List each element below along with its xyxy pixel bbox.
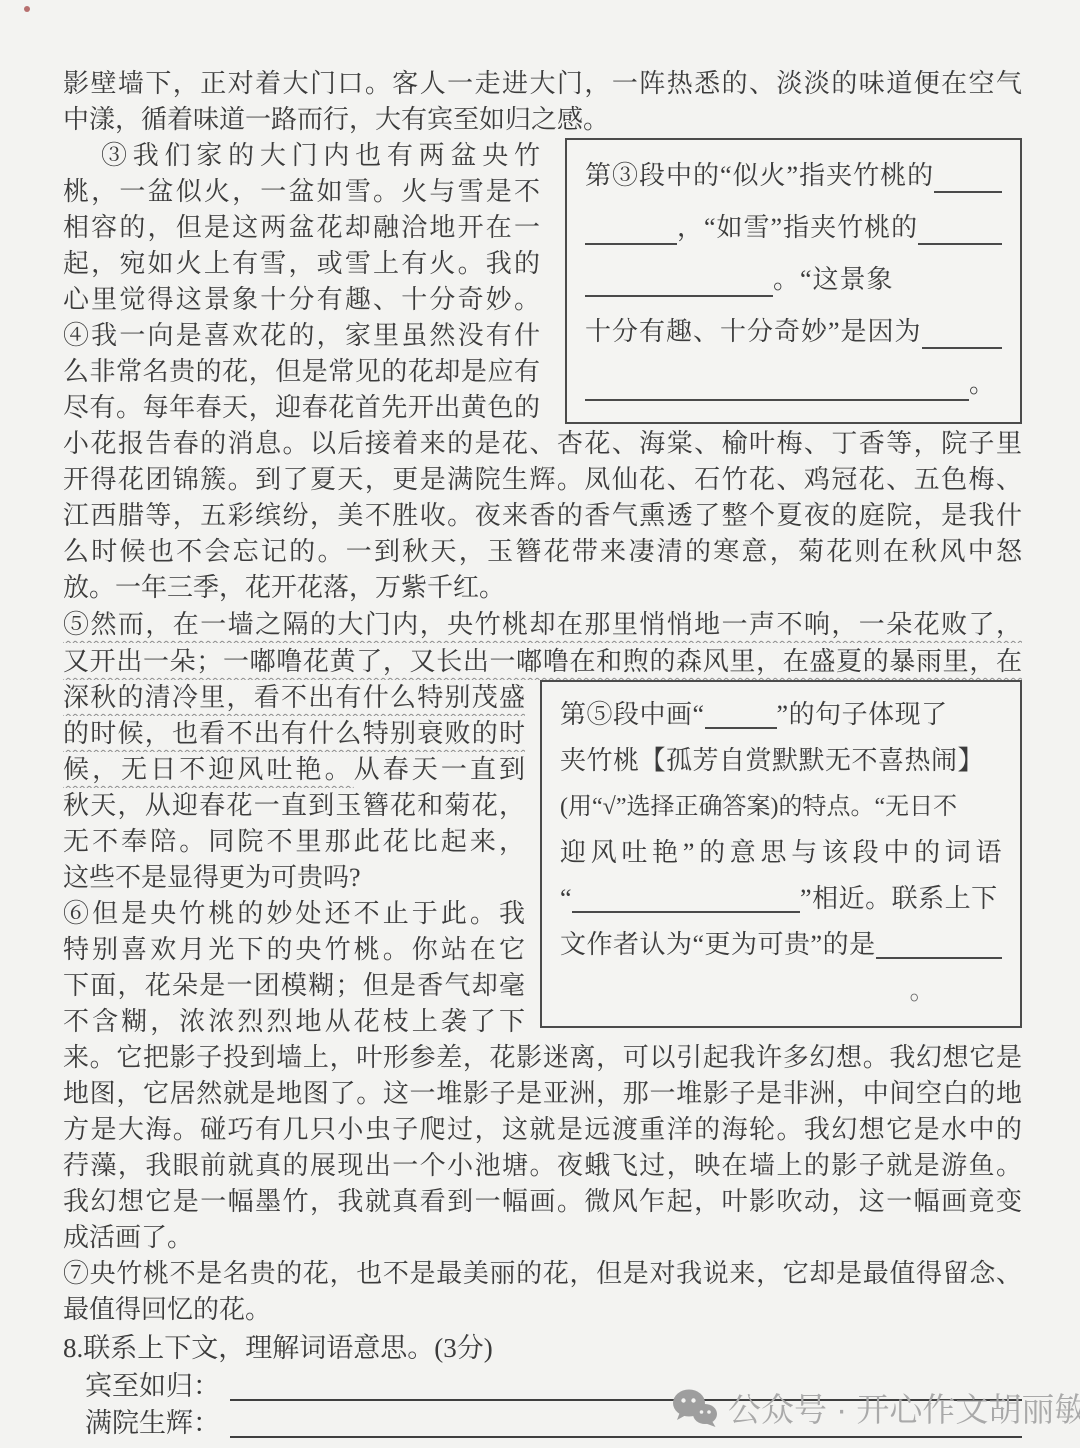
text-line: 心里觉得这景象十分有趣、十分奇妙。 [63,282,540,318]
underlined-text: 候，无日不迎风吐艳。 [63,755,354,784]
answer-blank [705,697,777,729]
answer-blank [934,161,1002,193]
text-line: ⑥但是央竹桃的妙处还不止于此。我 [63,896,525,932]
question-line: 文作者认为“更为可贵”的是 [560,922,1002,968]
underlined-text: 又开出一朵；一嘟噜花黄了，又长出一嘟噜在和煦的森风里，在盛夏的暴雨里，在 [63,647,1022,676]
question-line: 迎风吐艳”的意思与该段中的词语 [560,830,1002,876]
text-line: 特别喜欢月光下的央竹桃。你站在它 [63,932,525,968]
text-line: ⑦央竹桃不是名贵的花，也不是最美丽的花，但是对我说来，它却是最值得留念、 [63,1256,1022,1292]
question-line: 十分有趣、十分奇妙”是因为 [585,306,1002,358]
answer-blank [585,369,969,401]
text-line: 中漾，循着味道一路而行，大有宾至如归之感。 [63,102,1022,138]
scanned-worksheet-page: 影壁墙下，正对着大门口。客人一走进大门，一阵热悉的、淡淡的味道便在空气 中漾，循… [0,0,1080,1448]
question-text: 十分有趣、十分奇妙”是因为 [585,306,922,358]
answer-blank [918,213,1002,245]
plain-text: 从春天一直到 [354,755,525,784]
question-text: 第⑤段中画“ [560,692,705,738]
text-line: 尽有。每年春天，迎春花首先开出黄色的 [63,390,540,426]
intro-paragraph: 影壁墙下，正对着大门口。客人一走进大门，一阵热悉的、淡淡的味道便在空气 中漾，循… [63,66,1022,138]
question-box-1: 第③段中的“似火”指夹竹桃的 ，“如雪”指夹竹桃的 。“这景象 十分有趣、十分奇… [565,138,1022,424]
question-line: “ ”相近。联系上下 [560,876,1002,922]
question-line: 第③段中的“似火”指夹竹桃的 [585,150,1002,202]
question-text: ”相近。联系上下 [800,876,998,922]
question-text: 夹竹桃【孤芳自赏默默无不喜热闹】 [560,738,984,784]
text-line: 影壁墙下，正对着大门口。客人一走进大门，一阵热悉的、淡淡的味道便在空气 [63,66,1022,102]
section-paragraph3-4: ③我们家的大门内也有两盆央竹 桃，一盆似火，一盆如雪。火与雪是不 相容的，但是这… [63,138,1022,426]
question-8-heading: 8.联系上下文，理解词语意思。(3分) [63,1328,1022,1368]
text-line: 么时候也不会忘记的。一到秋天，玉簪花带来凄清的寒意，菊花则在秋风中怒 [63,534,1022,570]
text-line: 地图，它居然就是地图了。这一堆影子是亚洲，那一堆影子是非洲，中间空白的地 [63,1076,1022,1112]
answer-blank [585,265,773,297]
watermark-text: 公众号 · 开心作文胡丽敏 [728,1384,1080,1431]
question-text: ，“如雪”指夹竹桃的 [677,202,918,254]
text-line: 方是大海。碰巧有几只小虫子爬过，这就是远渡重洋的海轮。我幻想它是水中的 [63,1112,1022,1148]
question-box-2: 第⑤段中画“ ”的句子体现了 夹竹桃【孤芳自赏默默无不喜热闹】 (用“√”选择正… [540,680,1022,1028]
scan-speck [24,6,30,12]
text-line: 成活画了。 [63,1220,1022,1256]
question-text: 。 [909,976,936,1005]
plain-text: 特别喜欢月光下的央竹桃。你站在它 [63,935,525,964]
text-line: 最值得回忆的花。 [63,1292,1022,1328]
text-line: ③我们家的大门内也有两盆央竹 [63,138,540,174]
text-line: 相容的，但是这两盆花却融洽地开在一 [63,210,540,246]
question-text: 。“这景象 [773,254,894,306]
text-line: 小花报告春的消息。以后接着来的是花、杏花、海棠、榆叶梅、丁香等，院子里 [63,426,1022,462]
text-line: 候，无日不迎风吐艳。从春天一直到 [63,752,525,788]
plain-text: 无不奉陪。同院不里那此花比起来， [63,827,525,856]
question-line: 。 [585,358,1002,410]
paragraph-5-underlined: ⑤然而，在一墙之隔的大门内，央竹桃却在那里悄悄地一声不响，一朵花败了， 又开出一… [63,606,1022,680]
paragraph-7: ⑦央竹桃不是名贵的花，也不是最美丽的花，但是对我说来，它却是最值得留念、 最值得… [63,1256,1022,1328]
question-text: (用“√”选择正确答案)的特点。“无日不 [560,784,957,830]
question-line: 第⑤段中画“ ”的句子体现了 [560,692,1002,738]
text-line: ⑤然而，在一墙之隔的大门内，央竹桃却在那里悄悄地一声不响，一朵花败了， [63,606,1022,643]
question-text: “ [560,876,572,922]
plain-text: 不含糊，浓浓烈烈地从花枝上袭了下 [63,1007,525,1036]
question-line: (用“√”选择正确答案)的特点。“无日不 [560,784,1002,830]
underlined-text: 深秋的清冷里，看不出有什么特别茂盛 [63,683,525,712]
question-line: 夹竹桃【孤芳自赏默默无不喜热闹】 [560,738,1002,784]
text-line: ④我一向是喜欢花的，家里虽然没有什 [63,318,540,354]
question-text: 文作者认为“更为可贵”的是 [560,922,876,968]
question-text: 第③段中的“似火”指夹竹桃的 [585,150,934,202]
text-line: 么非常名贵的花，但是常见的花却是应有 [63,354,540,390]
answer-blank [922,317,1002,349]
answer-blank [572,881,800,913]
text-line: 秋天，从迎春花一直到玉簪花和菊花， [63,788,525,824]
paragraph-4-continued: 小花报告春的消息。以后接着来的是花、杏花、海棠、榆叶梅、丁香等，院子里 开得花团… [63,426,1022,606]
answer-blank [585,213,677,245]
paragraph-5-6-column: 深秋的清冷里，看不出有什么特别茂盛 的时候，也看不出有什么特别衰败的时 候，无日… [63,680,525,1040]
wechat-icon [672,1388,718,1428]
text-line: 起，宛如火上有雪，或雪上有火。我的 [63,246,540,282]
page-content: 影壁墙下，正对着大门口。客人一走进大门，一阵热悉的、淡淡的味道便在空气 中漾，循… [63,66,1022,1442]
section-paragraph5-6: 深秋的清冷里，看不出有什么特别茂盛 的时候，也看不出有什么特别衰败的时 候，无日… [63,680,1022,1040]
question-line: 。 [560,968,1002,1014]
paragraph-6-continued: 来。它把影子投到墙上，叶形参差，花影迷离，可以引起我许多幻想。我幻想它是 地图，… [63,1040,1022,1256]
plain-text: 这些不是显得更为可贵吗? [63,863,361,892]
answer-blank [876,927,1002,959]
plain-text: 秋天，从迎春花一直到玉簪花和菊花， [63,791,525,820]
question-text: ”的句子体现了 [777,692,948,738]
text-line: 江西腊等，五彩缤纷，美不胜收。夜来香的香气熏透了整个夏夜的庭院，是我什 [63,498,1022,534]
text-line: 这些不是显得更为可贵吗? [63,860,525,896]
paragraph-3-4-column: ③我们家的大门内也有两盆央竹 桃，一盆似火，一盆如雪。火与雪是不 相容的，但是这… [63,138,540,426]
term-label: 满院生辉： [85,1405,220,1442]
underlined-text: ⑤然而，在一墙之隔的大门内，央竹桃却在那里悄悄地一声不响，一朵花败了， [63,610,1022,639]
term-label: 宾至如归： [85,1368,220,1405]
text-line: 的时候，也看不出有什么特别衰败的时 [63,716,525,752]
text-line: 开得花团锦簇。到了夏天，更是满院生辉。凤仙花、石竹花、鸡冠花、五色梅、 [63,462,1022,498]
text-line: 无不奉陪。同院不里那此花比起来， [63,824,525,860]
question-text: 迎风吐艳”的意思与该段中的词语 [560,838,1002,867]
text-line: 不含糊，浓浓烈烈地从花枝上袭了下 [63,1004,525,1040]
text-line: 放。一年三季，花开花落，万紫千红。 [63,570,1022,606]
text-line: 荇藻，我眼前就真的展现出一个小池塘。夜蛾飞过，映在墙上的影子就是游鱼。 [63,1148,1022,1184]
text-line: 深秋的清冷里，看不出有什么特别茂盛 [63,680,525,716]
question-line: ，“如雪”指夹竹桃的 [585,202,1002,254]
plain-text: ⑥但是央竹桃的妙处还不止于此。我 [63,899,525,928]
question-text: 。 [969,358,996,410]
plain-text: 下面，花朵是一团模糊；但是香气却毫 [63,971,525,1000]
text-line: 又开出一朵；一嘟噜花黄了，又长出一嘟噜在和煦的森风里，在盛夏的暴雨里，在 [63,643,1022,680]
text-line: 下面，花朵是一团模糊；但是香气却毫 [63,968,525,1004]
watermark: 公众号 · 开心作文胡丽敏 [672,1384,1080,1431]
text-line: 桃，一盆似火，一盆如雪。火与雪是不 [63,174,540,210]
underlined-text: 的时候，也看不出有什么特别衰败的时 [63,719,525,748]
question-line: 。“这景象 [585,254,1002,306]
text-line: 来。它把影子投到墙上，叶形参差，花影迷离，可以引起我许多幻想。我幻想它是 [63,1040,1022,1076]
text-line: 我幻想它是一幅墨竹，我就真看到一幅画。微风乍起，叶影吹动，这一幅画竟变 [63,1184,1022,1220]
